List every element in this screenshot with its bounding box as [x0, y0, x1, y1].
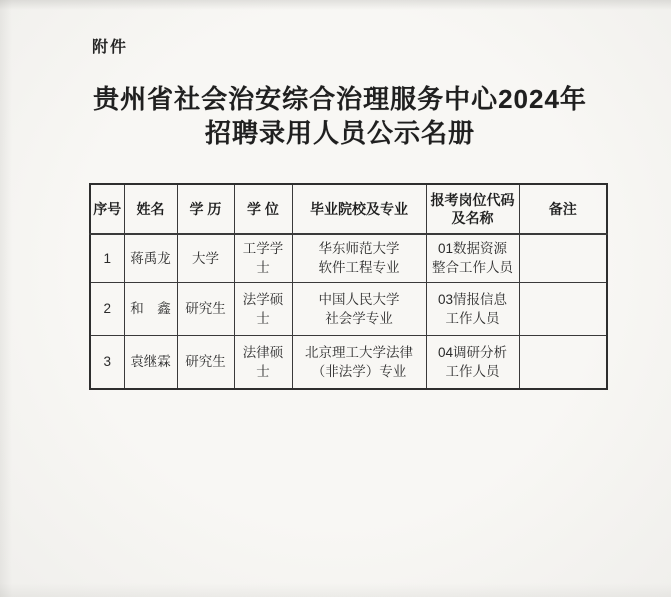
cell-position-code: 03情报信息 工作人员	[426, 282, 519, 335]
cell-line: 整合工作人员	[429, 258, 517, 277]
cell-remarks	[519, 282, 607, 335]
cell-line: 研究生	[180, 352, 232, 371]
cell-line: 社会学专业	[295, 309, 424, 328]
cell-remarks	[519, 234, 607, 282]
cell-line: 中国人民大学	[295, 290, 424, 309]
cell-degree: 法学硕士	[234, 282, 292, 335]
header-label: 毕业院校及专业	[295, 200, 424, 218]
header-cell-education: 学 历	[177, 184, 234, 234]
cell-line: 3	[93, 352, 122, 371]
table-header-row: 序号 姓名 学 历 学 位 毕业院校及专业 报考岗位代码 及名称	[90, 184, 607, 234]
header-label: 姓名	[127, 200, 175, 218]
header-cell-school-major: 毕业院校及专业	[292, 184, 426, 234]
document-title: 贵州省社会治安综合治理服务中心2024年 招聘录用人员公示名册	[60, 82, 620, 150]
cell-line: 2	[93, 299, 122, 318]
cell-name: 蒋禹龙	[124, 234, 177, 282]
cell-line: 蒋禹龙	[127, 249, 175, 268]
header-label: 学 位	[237, 200, 290, 218]
header-label: 备注	[522, 200, 605, 218]
cell-line: 法律硕士	[237, 343, 290, 381]
table-row: 1 蒋禹龙 大学 工学学士 华东师范大学 软件工程专业 01数据资源 整合工作人…	[90, 234, 607, 282]
header-label: 学 历	[180, 200, 232, 218]
cell-line: 华东师范大学	[295, 239, 424, 258]
table-row: 2 和 鑫 研究生 法学硕士 中国人民大学 社会学专业 03情报信息 工作人员	[90, 282, 607, 335]
header-label-line1: 报考岗位代码	[429, 191, 517, 209]
cell-line: 工学学士	[237, 239, 290, 277]
attachment-label: 附件	[92, 34, 128, 57]
cell-school-major: 华东师范大学 软件工程专业	[292, 234, 426, 282]
cell-number: 2	[90, 282, 124, 335]
cell-degree: 工学学士	[234, 234, 292, 282]
table-row: 3 袁继霖 研究生 法律硕士 北京理工大学法律 （非法学）专业 04调研分析 工…	[90, 335, 607, 389]
cell-line: 研究生	[180, 299, 232, 318]
cell-name: 袁继霖	[124, 335, 177, 389]
cell-position-code: 04调研分析 工作人员	[426, 335, 519, 389]
cell-line: 北京理工大学法律	[295, 343, 424, 362]
cell-remarks	[519, 335, 607, 389]
cell-line: 软件工程专业	[295, 258, 424, 277]
cell-line: 03情报信息	[429, 290, 517, 309]
document-title-line2: 招聘录用人员公示名册	[60, 116, 620, 150]
cell-education: 大学	[177, 234, 234, 282]
cell-line: 和 鑫	[127, 299, 175, 318]
cell-line: 法学硕士	[237, 290, 290, 328]
cell-number: 1	[90, 234, 124, 282]
cell-line: 04调研分析	[429, 343, 517, 362]
cell-position-code: 01数据资源 整合工作人员	[426, 234, 519, 282]
header-cell-remarks: 备注	[519, 184, 607, 234]
cell-name: 和 鑫	[124, 282, 177, 335]
cell-education: 研究生	[177, 282, 234, 335]
header-cell-number: 序号	[90, 184, 124, 234]
header-label-line2: 及名称	[429, 209, 517, 227]
cell-degree: 法律硕士	[234, 335, 292, 389]
cell-line: 工作人员	[429, 362, 517, 381]
cell-line: 01数据资源	[429, 239, 517, 258]
roster-table: 序号 姓名 学 历 学 位 毕业院校及专业 报考岗位代码 及名称	[89, 183, 608, 390]
cell-school-major: 北京理工大学法律 （非法学）专业	[292, 335, 426, 389]
cell-line: （非法学）专业	[295, 362, 424, 381]
header-cell-position-code: 报考岗位代码 及名称	[426, 184, 519, 234]
cell-line: 1	[93, 249, 122, 268]
cell-line: 大学	[180, 249, 232, 268]
cell-education: 研究生	[177, 335, 234, 389]
header-cell-name: 姓名	[124, 184, 177, 234]
cell-school-major: 中国人民大学 社会学专业	[292, 282, 426, 335]
cell-number: 3	[90, 335, 124, 389]
header-label: 序号	[93, 200, 122, 218]
header-cell-degree: 学 位	[234, 184, 292, 234]
document-title-line1: 贵州省社会治安综合治理服务中心2024年	[60, 82, 620, 116]
scanned-document-page: 附件 贵州省社会治安综合治理服务中心2024年 招聘录用人员公示名册 序号 姓名	[0, 0, 671, 597]
cell-line: 袁继霖	[127, 352, 175, 371]
cell-line: 工作人员	[429, 309, 517, 328]
